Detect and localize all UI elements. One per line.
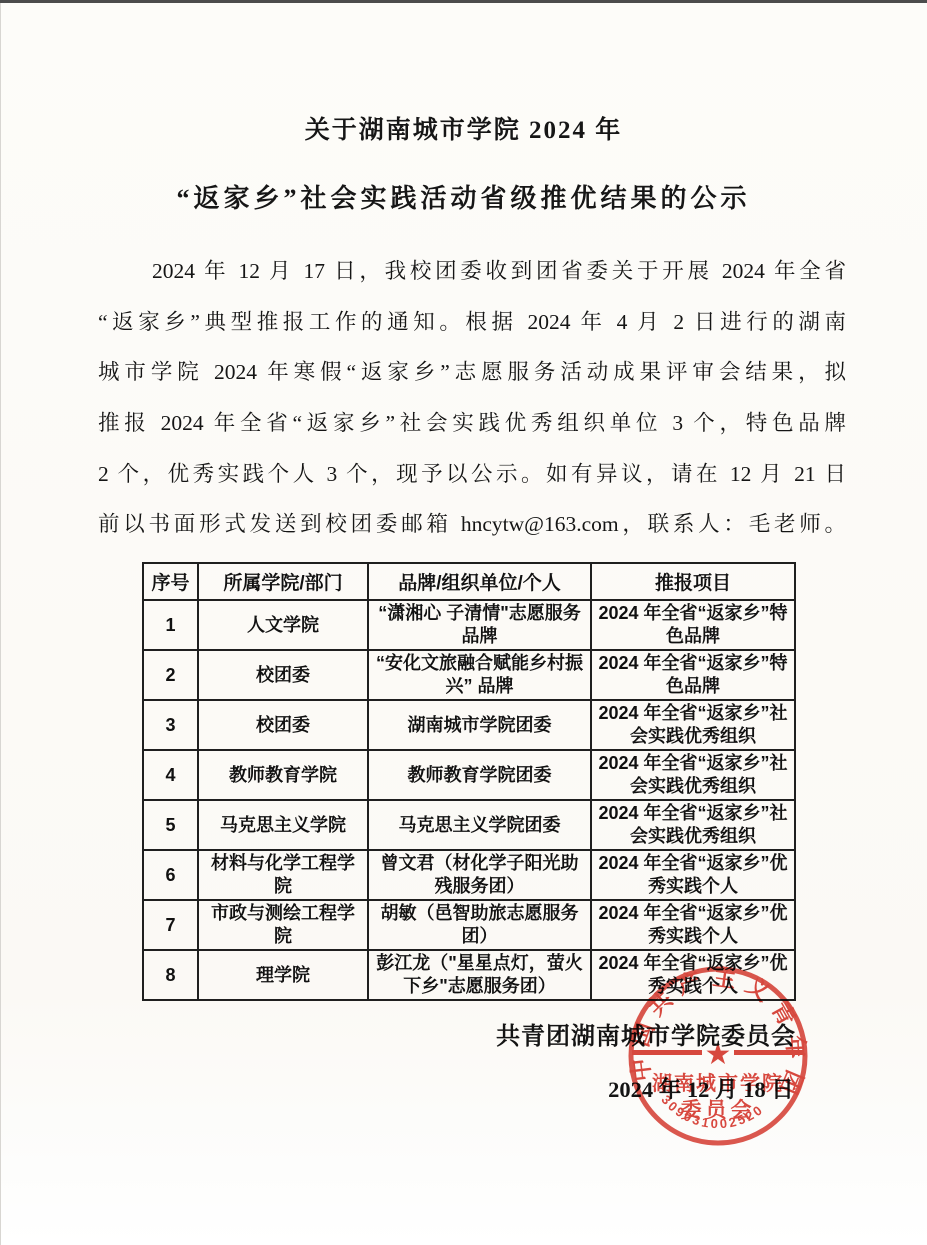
table-cell: 2024 年全省“返家乡”优秀实践个人	[591, 900, 795, 950]
table-cell: 人文学院	[198, 600, 368, 650]
column-header: 品牌/组织单位/个人	[368, 563, 591, 600]
results-table: 序号所属学院/部门品牌/组织单位/个人推报项目 1人文学院“潇湘心 子清情"志愿…	[142, 562, 796, 1001]
column-header: 所属学院/部门	[198, 563, 368, 600]
table-cell: 6	[143, 850, 198, 900]
table-cell: “潇湘心 子清情"志愿服务品牌	[368, 600, 591, 650]
table-cell: 2	[143, 650, 198, 700]
column-header: 推报项目	[591, 563, 795, 600]
seal-org-line1: 湖南城市学院	[652, 1071, 784, 1095]
body-paragraph: 2024 年 12 月 17 日，我校团委收到团省委关于开展 2024 年全省“…	[98, 246, 846, 550]
table-cell: 4	[143, 750, 198, 800]
table-cell: 市政与测绘工程学院	[198, 900, 368, 950]
table-cell: 2024 年全省“返家乡”社会实践优秀组织	[591, 700, 795, 750]
document-title-line1: 关于湖南城市学院 2024 年	[0, 110, 927, 146]
table-row: 7市政与测绘工程学院胡敏（邑智助旅志愿服务团）2024 年全省“返家乡”优秀实践…	[143, 900, 795, 950]
table-row: 6材料与化学工程学院曾文君（材化学子阳光助残服务团）2024 年全省“返家乡”优…	[143, 850, 795, 900]
table-cell: 2024 年全省“返家乡”优秀实践个人	[591, 850, 795, 900]
table-cell: 2024 年全省“返家乡”特色品牌	[591, 600, 795, 650]
document-page: 关于湖南城市学院 2024 年 “返家乡”社会实践活动省级推优结果的公示 202…	[0, 0, 927, 1245]
table-cell: 2024 年全省“返家乡”特色品牌	[591, 650, 795, 700]
column-header: 序号	[143, 563, 198, 600]
paragraph-line: 前以书面形式发送到校团委邮箱 hncytw@163.com，联系人：毛老师。	[98, 499, 846, 550]
table-cell: “安化文旅融合赋能乡村振兴” 品牌	[368, 650, 591, 700]
paragraph-line: 2 个，优秀实践个人 3 个，现予以公示。如有异议，请在 12 月 21 日	[98, 449, 846, 500]
paragraph-line: 城市学院 2024 年寒假“返家乡”志愿服务活动成果评审会结果，拟	[98, 347, 846, 398]
paragraph-line: 2024 年 12 月 17 日，我校团委收到团省委关于开展 2024 年全省	[98, 246, 846, 297]
seal-right-bar	[734, 1050, 804, 1055]
table-cell: 校团委	[198, 650, 368, 700]
scan-edge	[0, 0, 927, 3]
table-cell: 7	[143, 900, 198, 950]
table-cell: 湖南城市学院团委	[368, 700, 591, 750]
table-cell: 2024 年全省“返家乡”社会实践优秀组织	[591, 800, 795, 850]
table-cell: 胡敏（邑智助旅志愿服务团）	[368, 900, 591, 950]
official-seal-stamp: 中国共产主义青年团 ★ 湖南城市学院 委员会 43090310025206	[618, 956, 818, 1156]
table-cell: 2024 年全省“返家乡”社会实践优秀组织	[591, 750, 795, 800]
table-cell: 校团委	[198, 700, 368, 750]
table-cell: 8	[143, 950, 198, 1000]
table-cell: 彭江龙（"星星点灯，萤火下乡"志愿服务团）	[368, 950, 591, 1000]
table-cell: 曾文君（材化学子阳光助残服务团）	[368, 850, 591, 900]
star-icon: ★	[705, 1038, 732, 1071]
document-title-line2: “返家乡”社会实践活动省级推优结果的公示	[0, 178, 927, 215]
table-row: 4教师教育学院教师教育学院团委2024 年全省“返家乡”社会实践优秀组织	[143, 750, 795, 800]
table-row: 3校团委湖南城市学院团委2024 年全省“返家乡”社会实践优秀组织	[143, 700, 795, 750]
table-cell: 教师教育学院团委	[368, 750, 591, 800]
table-cell: 教师教育学院	[198, 750, 368, 800]
table-cell: 理学院	[198, 950, 368, 1000]
table-header-row: 序号所属学院/部门品牌/组织单位/个人推报项目	[143, 563, 795, 600]
table-cell: 1	[143, 600, 198, 650]
table-row: 1人文学院“潇湘心 子清情"志愿服务品牌2024 年全省“返家乡”特色品牌	[143, 600, 795, 650]
table-row: 5马克思主义学院马克思主义学院团委2024 年全省“返家乡”社会实践优秀组织	[143, 800, 795, 850]
paragraph-line: “返家乡”典型推报工作的通知。根据 2024 年 4 月 2 日进行的湖南	[98, 297, 846, 348]
table-cell: 5	[143, 800, 198, 850]
seal-left-bar	[632, 1050, 702, 1055]
table-cell: 材料与化学工程学院	[198, 850, 368, 900]
paragraph-line: 推报 2024 年全省“返家乡”社会实践优秀组织单位 3 个，特色品牌	[98, 398, 846, 449]
table-cell: 3	[143, 700, 198, 750]
table-cell: 马克思主义学院团委	[368, 800, 591, 850]
table-cell: 马克思主义学院	[198, 800, 368, 850]
table-header: 序号所属学院/部门品牌/组织单位/个人推报项目	[143, 563, 795, 600]
table-row: 2校团委“安化文旅融合赋能乡村振兴” 品牌2024 年全省“返家乡”特色品牌	[143, 650, 795, 700]
